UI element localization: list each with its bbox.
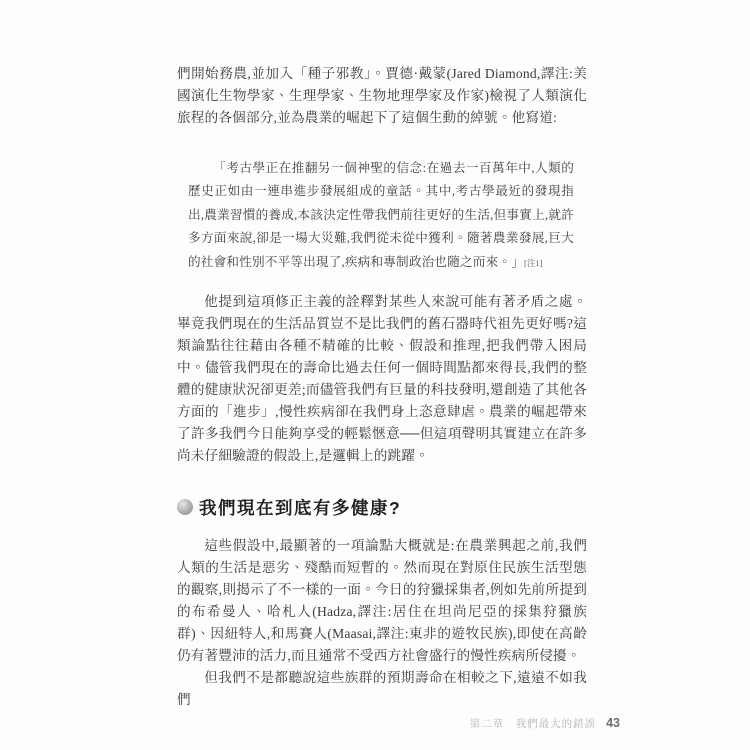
page-footer: 第二章 我們最大的錯誤43 bbox=[0, 714, 620, 732]
quote-text: 「考古學正在推翻另一個神聖的信念:在過去一百萬年中,人類的歷史正如由一連串進步發… bbox=[188, 161, 574, 269]
block-quote: 「考古學正在推翻另一個神聖的信念:在過去一百萬年中,人類的歷史正如由一連串進步發… bbox=[188, 157, 574, 275]
section-heading: 我們現在到底有多健康? bbox=[177, 496, 587, 518]
section-bullet-icon bbox=[177, 499, 193, 515]
paragraph-continuation: 們開始務農,並加入「種子邪教」。賈德·戴蒙(Jared Diamond,譯注:美… bbox=[177, 63, 587, 129]
page-content: 們開始務農,並加入「種子邪教」。賈德·戴蒙(Jared Diamond,譯注:美… bbox=[177, 63, 587, 711]
running-chapter-title: 第二章 我們最大的錯誤 bbox=[470, 718, 597, 730]
page-number: 43 bbox=[606, 716, 620, 730]
paragraph: 他提到這項修正主義的詮釋對某些人來說可能有著矛盾之處。畢竟我們現在的生活品質豈不… bbox=[177, 291, 587, 467]
paragraph: 這些假設中,最顯著的一項論點大概就是:在農業興起之前,我們人類的生活是惡劣、殘酷… bbox=[177, 535, 587, 667]
section-heading-text: 我們現在到底有多健康? bbox=[199, 495, 401, 520]
paragraph: 但我們不是都聽說這些族群的預期壽命在相較之下,遠遠不如我們 bbox=[177, 667, 587, 711]
book-page: 們開始務農,並加入「種子邪教」。賈德·戴蒙(Jared Diamond,譯注:美… bbox=[0, 0, 750, 750]
footnote-marker: [注1] bbox=[524, 258, 542, 268]
